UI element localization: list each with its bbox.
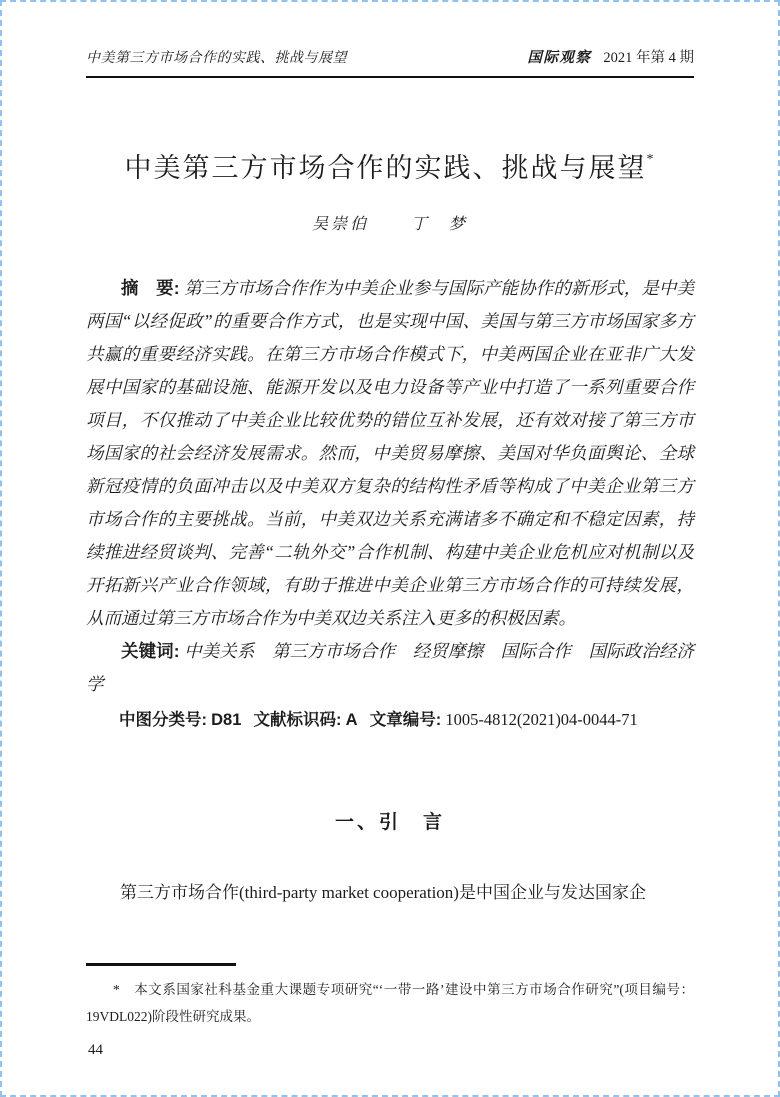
clc-value: D81 [211, 711, 241, 729]
keywords-paragraph: 关键词: 中美关系 第三方市场合作 经贸摩擦 国际合作 国际政治经济学 [86, 635, 694, 701]
title-footnote-mark: * [647, 152, 656, 167]
footnote-text: 本文系国家社科基金重大课题专项研究“‘一带一路’建设中第三方市场合作研究”(项目… [86, 982, 694, 1024]
abstract-label: 摘 要: [121, 278, 180, 298]
author-second: 丁 梦 [411, 216, 468, 233]
footnote: *本文系国家社科基金重大课题专项研究“‘一带一路’建设中第三方市场合作研究”(项… [86, 976, 694, 1030]
section-heading: 一、引 言 [86, 807, 694, 834]
article-id-label: 文章编号: [370, 711, 442, 729]
page-number: 44 [88, 1042, 103, 1059]
clc-label: 中图分类号: [119, 711, 207, 729]
article-id-value: 1005-4812(2021)04-0044-71 [445, 710, 637, 729]
page-content: 中美第三方市场合作的实践、挑战与展望 国际观察2021 年第 4 期 中美第三方… [2, 2, 778, 909]
journal-page: 中美第三方市场合作的实践、挑战与展望 国际观察2021 年第 4 期 中美第三方… [0, 0, 780, 1097]
abstract-paragraph: 摘 要: 第三方市场合作作为中美企业参与国际产能协作的新形式，是中美两国“以经促… [86, 272, 694, 635]
keywords-label: 关键词: [121, 641, 180, 661]
footnote-separator [86, 963, 236, 966]
journal-issue: 2021 年第 4 期 [603, 50, 694, 66]
running-header: 中美第三方市场合作的实践、挑战与展望 国际观察2021 年第 4 期 [86, 2, 694, 78]
abstract-text: 第三方市场合作作为中美企业参与国际产能协作的新形式，是中美两国“以经促政”的重要… [86, 278, 694, 628]
article-title: 中美第三方市场合作的实践、挑战与展望* [86, 146, 694, 185]
running-header-journal-info: 国际观察2021 年第 4 期 [527, 46, 694, 67]
classification-line: 中图分类号: D81 文献标识码: A 文章编号: 1005-4812(2021… [86, 703, 694, 737]
intro-paragraph: 第三方市场合作(third-party market cooperation)是… [86, 876, 694, 909]
author-line: 吴崇伯丁 梦 [86, 211, 694, 234]
doc-code-label: 文献标识码: [254, 711, 342, 729]
footnote-marker: * [113, 982, 120, 997]
article-title-text: 中美第三方市场合作的实践、挑战与展望 [125, 153, 647, 183]
journal-name: 国际观察 [527, 50, 591, 66]
running-header-article-title: 中美第三方市场合作的实践、挑战与展望 [86, 47, 347, 67]
doc-code-value: A [346, 711, 358, 729]
author-first: 吴崇伯 [312, 216, 369, 233]
